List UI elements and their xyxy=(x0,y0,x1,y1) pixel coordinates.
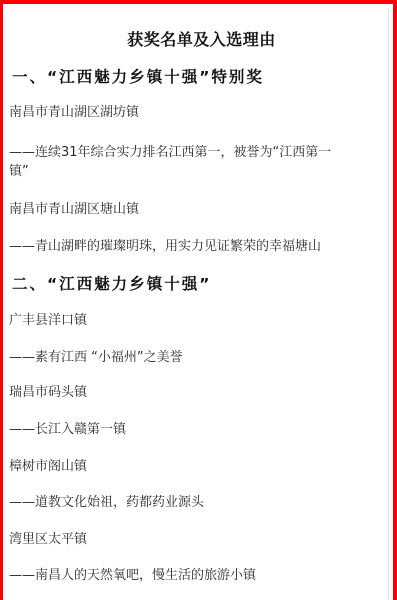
document-title: 获奖名单及入选理由 xyxy=(9,31,394,49)
town-reason: ——青山湖畔的璀璨明珠，用实力见证繁荣的幸福塘山 xyxy=(9,239,321,255)
town-name: 广丰县洋口镇 xyxy=(9,313,87,329)
section-heading-special-award: 一、“江西魅力乡镇十强”特别奖 xyxy=(12,68,264,86)
frame-inner-edge xyxy=(6,8,389,600)
town-name: 南昌市青山湖区湖坊镇 xyxy=(9,105,139,121)
town-reason-continued: 镇” xyxy=(9,164,29,180)
town-name: 南昌市青山湖区塘山镇 xyxy=(9,202,139,218)
town-reason: ——道教文化始祖，药都药业源头 xyxy=(9,495,204,511)
town-reason: ——长江入赣第一镇 xyxy=(9,422,126,438)
document-frame: 获奖名单及入选理由 一、“江西魅力乡镇十强”特别奖 南昌市青山湖区湖坊镇 ——连… xyxy=(0,0,397,600)
town-reason: ——连续31年综合实力排名江西第一，被誉为“江西第一 xyxy=(9,145,331,161)
town-reason: ——素有江西 “小福州”之美誉 xyxy=(9,350,183,366)
section-heading-top-ten: 二、“江西魅力乡镇十强” xyxy=(12,275,211,293)
town-reason: ——南昌人的天然氧吧，慢生活的旅游小镇 xyxy=(9,568,256,584)
town-name: 湾里区太平镇 xyxy=(9,532,87,548)
town-name: 樟树市阁山镇 xyxy=(9,459,87,475)
town-name: 瑞昌市码头镇 xyxy=(9,385,87,401)
